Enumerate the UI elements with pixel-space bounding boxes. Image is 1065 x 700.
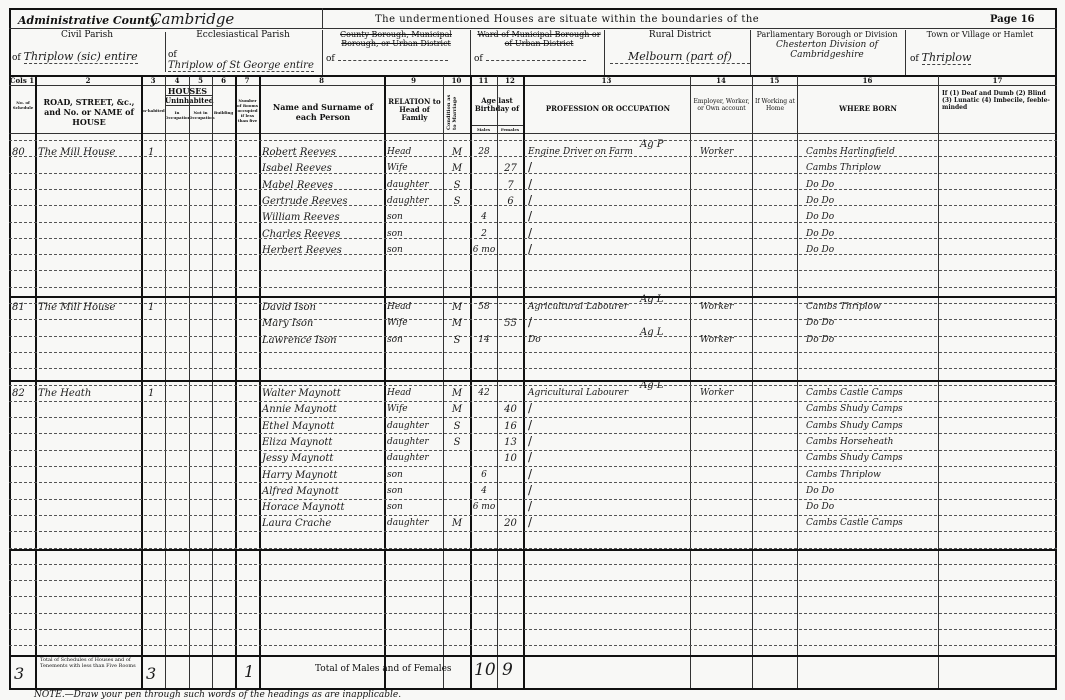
person-employment — [700, 227, 750, 242]
house-name: The Mill House — [38, 300, 138, 315]
person-occupation — [528, 451, 648, 466]
tick-mark: / — [528, 160, 532, 174]
person-condition: M — [446, 300, 468, 315]
person-employment — [700, 435, 750, 450]
person-male-age: 58 — [472, 300, 496, 315]
tick-mark: / — [528, 242, 532, 256]
person-employment — [700, 178, 750, 193]
tick-mark: / — [528, 177, 532, 191]
household-separator — [9, 380, 1057, 382]
person-male-age — [472, 194, 496, 209]
divider — [9, 133, 1057, 134]
row-line — [9, 564, 1057, 565]
person-condition: M — [446, 516, 468, 531]
person-birthplace: Do Do — [806, 227, 936, 242]
person-relation: daughter — [387, 194, 442, 209]
person-occupation — [528, 500, 648, 515]
rural-district-label: Rural District — [610, 30, 750, 40]
person-occupation: Agricultural Labourer — [528, 386, 648, 401]
inhabited-count: 1 — [148, 386, 162, 401]
person-relation: Wife — [387, 161, 442, 176]
person-male-age — [472, 402, 496, 417]
column-number-11: 11 — [470, 76, 497, 85]
person-relation: son — [387, 210, 442, 225]
col17-header: If (1) Deaf and Dumb (2) Blind (3) Lunat… — [942, 90, 1054, 111]
admin-county-value: Cambridge — [150, 10, 320, 29]
person-relation: daughter — [387, 435, 442, 450]
total-males: 10 — [474, 660, 496, 680]
total-schedules: 3 — [14, 664, 24, 683]
person-female-age: 16 — [499, 419, 522, 434]
person-female-age: 13 — [499, 435, 522, 450]
col13-header: PROFESSION OR OCCUPATION — [526, 104, 690, 114]
person-birthplace: Do Do — [806, 316, 936, 331]
person-birthplace: Do Do — [806, 333, 936, 348]
schedule-number: 80 — [12, 145, 34, 160]
person-employment — [700, 161, 750, 176]
person-relation: Wife — [387, 402, 442, 417]
footer-note: NOTE.—Draw your pen through such words o… — [34, 690, 401, 700]
col6-header: Building — [212, 110, 235, 115]
col15-header: If Working at Home — [753, 98, 797, 112]
person-male-age: 2 — [472, 227, 496, 242]
banner-text: The undermentioned Houses are situate wi… — [375, 14, 759, 25]
person-name: Isabel Reeves — [262, 161, 382, 176]
person-name: Eliza Maynott — [262, 435, 382, 450]
ecclesiastical-parish-label: Ecclesiastical Parish — [168, 30, 318, 40]
person-condition: S — [446, 419, 468, 434]
row-line — [9, 629, 1057, 630]
county-borough-field: County Borough, Municipal Borough, or Ur… — [326, 30, 466, 64]
prefix: of — [910, 54, 919, 64]
person-occupation — [528, 402, 648, 417]
total-females: 9 — [502, 660, 513, 680]
person-condition: M — [446, 386, 468, 401]
person-occupation — [528, 210, 648, 225]
ward-field: Ward of Municipal Borough or of Urban Di… — [474, 30, 604, 64]
person-relation: daughter — [387, 419, 442, 434]
divider — [750, 30, 751, 75]
person-condition: M — [446, 145, 468, 160]
col11-header: Males — [470, 126, 497, 133]
person-occupation — [528, 468, 648, 483]
row-line — [9, 596, 1057, 597]
person-condition: M — [446, 161, 468, 176]
person-female-age — [499, 500, 522, 515]
tick-mark: / — [528, 315, 532, 329]
person-occupation — [528, 484, 648, 499]
occupation-code: Ag L — [640, 325, 688, 340]
civil-parish-field: Civil Parish of Thriplow (sic) entire — [12, 30, 162, 63]
person-female-age: 40 — [499, 402, 522, 417]
person-employment — [700, 419, 750, 434]
person-female-age — [499, 145, 522, 160]
person-relation: son — [387, 500, 442, 515]
person-male-age — [472, 451, 496, 466]
person-birthplace: Cambs Castle Camps — [806, 386, 936, 401]
inhabited-count: 1 — [148, 145, 162, 160]
person-birthplace: Cambs Thriplow — [806, 300, 936, 315]
person-female-age: 55 — [499, 316, 522, 331]
tick-mark: / — [528, 467, 532, 481]
person-name: Harry Maynott — [262, 468, 382, 483]
tick-mark: / — [528, 483, 532, 497]
parliamentary-borough-field: Parliamentary Borough or Division Cheste… — [752, 30, 902, 60]
person-female-age: 10 — [499, 451, 522, 466]
person-condition: S — [446, 194, 468, 209]
total-rooms: 1 — [244, 662, 254, 681]
person-occupation — [528, 161, 648, 176]
tick-mark: / — [528, 401, 532, 415]
person-male-age: 4 — [472, 210, 496, 225]
person-name: Mary Ison — [262, 316, 382, 331]
person-male-age — [472, 178, 496, 193]
divider — [165, 32, 166, 72]
town-village-field: Town or Village or Hamlet of Thriplow — [910, 30, 1050, 64]
person-condition — [446, 451, 468, 466]
col14-header: Employer, Worker, or Own account — [691, 98, 752, 112]
person-birthplace: Do Do — [806, 210, 936, 225]
row-line — [9, 140, 1057, 141]
town-village-value: Thriplow — [922, 51, 972, 65]
person-birthplace: Cambs Harlingfield — [806, 145, 936, 160]
schedule-number: 82 — [12, 386, 34, 401]
person-name: Laura Crache — [262, 516, 382, 531]
person-employment: Worker — [700, 386, 750, 401]
row-line — [9, 645, 1057, 646]
tick-mark: / — [528, 434, 532, 448]
total-inhabited: 3 — [146, 664, 156, 683]
row-line — [9, 368, 1057, 369]
person-birthplace: Cambs Thriplow — [806, 468, 936, 483]
person-occupation — [528, 194, 648, 209]
divider — [905, 30, 906, 75]
person-birthplace: Cambs Thriplow — [806, 161, 936, 176]
house-name: The Mill House — [38, 145, 138, 160]
person-name: Robert Reeves — [262, 145, 382, 160]
person-employment — [700, 194, 750, 209]
divider — [470, 30, 471, 75]
column-number-16: 16 — [797, 76, 938, 85]
person-male-age — [472, 316, 496, 331]
person-female-age: 20 — [499, 516, 522, 531]
col9-header: RELATION to Head of Family — [386, 98, 443, 122]
total-males-females-label: Total of Males and of Females — [315, 664, 452, 674]
house-name: The Heath — [38, 386, 138, 401]
person-male-age: 14 — [472, 333, 496, 348]
column-number-1: Cols 1 — [9, 76, 35, 85]
tick-mark: / — [528, 499, 532, 513]
col10-header: Condition as to Marriage — [446, 94, 468, 130]
divider — [9, 28, 1057, 29]
person-employment: Worker — [700, 333, 750, 348]
tick-mark: / — [528, 450, 532, 464]
person-name: Mabel Reeves — [262, 178, 382, 193]
person-relation: Head — [387, 145, 442, 160]
person-employment: Worker — [700, 145, 750, 160]
person-employment — [700, 210, 750, 225]
person-name: David Ison — [262, 300, 382, 315]
person-female-age — [499, 300, 522, 315]
person-birthplace: Cambs Shudy Camps — [806, 419, 936, 434]
column-number-2: 2 — [35, 76, 141, 85]
person-occupation — [528, 419, 648, 434]
person-relation: Wife — [387, 316, 442, 331]
person-relation: Head — [387, 386, 442, 401]
person-relation: son — [387, 333, 442, 348]
column-number-15: 15 — [752, 76, 797, 85]
tick-mark: / — [528, 209, 532, 223]
prefix: of — [12, 53, 21, 63]
person-occupation — [528, 316, 648, 331]
household-separator — [9, 549, 1057, 551]
civil-parish-value: Thriplow (sic) entire — [24, 50, 138, 64]
person-male-age — [472, 419, 496, 434]
ecclesiastical-parish-field: Ecclesiastical Parish of Thriplow of St … — [168, 30, 318, 71]
row-line — [9, 613, 1057, 614]
row-line — [9, 287, 1057, 288]
column-number-12: 12 — [497, 76, 523, 85]
column-number-14: 14 — [690, 76, 752, 85]
ecclesiastical-parish-value: Thriplow of St George entire — [168, 60, 314, 72]
col1-header: No. of Schedule — [11, 100, 35, 110]
person-employment — [700, 500, 750, 515]
person-name: Jessy Maynott — [262, 451, 382, 466]
person-female-age — [499, 210, 522, 225]
person-name: William Reeves — [262, 210, 382, 225]
person-birthplace: Do Do — [806, 484, 936, 499]
person-condition — [446, 500, 468, 515]
person-relation: Head — [387, 300, 442, 315]
person-female-age: 6 — [499, 194, 522, 209]
person-occupation — [528, 516, 648, 531]
person-occupation: Engine Driver on Farm — [528, 145, 648, 160]
person-occupation — [528, 435, 648, 450]
person-condition — [446, 210, 468, 225]
person-female-age — [499, 243, 522, 258]
person-birthplace: Cambs Castle Camps — [806, 516, 936, 531]
person-name: Walter Maynott — [262, 386, 382, 401]
schedule-number: 81 — [12, 300, 34, 315]
column-number-5: 5 — [189, 76, 212, 85]
column-number-6: 6 — [212, 76, 235, 85]
person-condition — [446, 468, 468, 483]
col8-header: Name and Surname of each Person — [262, 102, 384, 122]
occupation-code: Ag P — [640, 137, 688, 152]
person-employment — [700, 468, 750, 483]
person-employment — [700, 402, 750, 417]
person-employment — [700, 484, 750, 499]
person-female-age: 7 — [499, 178, 522, 193]
column-number-7: 7 — [235, 76, 259, 85]
civil-parish-label: Civil Parish — [12, 30, 162, 40]
person-relation: son — [387, 243, 442, 258]
census-page: Administrative County Cambridge The unde… — [0, 0, 1065, 700]
person-condition: S — [446, 435, 468, 450]
person-male-age: 28 — [472, 145, 496, 160]
person-female-age — [499, 386, 522, 401]
col4-header: In Occupation — [165, 110, 189, 120]
person-occupation: Do — [528, 333, 648, 348]
tick-mark: / — [528, 193, 532, 207]
person-employment — [700, 516, 750, 531]
person-birthplace: Do Do — [806, 178, 936, 193]
person-condition: S — [446, 178, 468, 193]
tick-mark: / — [528, 515, 532, 529]
person-relation: daughter — [387, 178, 442, 193]
divider — [322, 8, 323, 28]
occupation-code: Ag L — [640, 378, 688, 393]
person-condition — [446, 484, 468, 499]
prefix: of — [168, 50, 177, 60]
row-line — [9, 531, 1057, 532]
divider — [322, 30, 323, 75]
person-name: Horace Maynott — [262, 500, 382, 515]
row-line — [9, 352, 1057, 353]
person-birthplace: Cambs Shudy Camps — [806, 451, 936, 466]
col16-header: WHERE BORN — [798, 104, 938, 114]
parliamentary-borough-label: Parliamentary Borough or Division — [752, 30, 902, 39]
person-male-age — [472, 161, 496, 176]
prefix: of — [474, 54, 483, 64]
person-name: Charles Reeves — [262, 227, 382, 242]
row-line — [9, 417, 1057, 418]
col2-header: ROAD, STREET, &c., and No. or NAME of HO… — [38, 97, 140, 127]
person-female-age — [499, 333, 522, 348]
column-number-4: 4 — [165, 76, 189, 85]
person-birthplace: Do Do — [806, 194, 936, 209]
col12-header: Females — [497, 126, 523, 133]
person-condition: M — [446, 402, 468, 417]
rural-district-value: Melbourn (part of) — [610, 50, 750, 64]
person-condition: S — [446, 333, 468, 348]
county-borough-label: County Borough, Municipal Borough, or Ur… — [326, 30, 466, 48]
person-condition — [446, 243, 468, 258]
person-female-age — [499, 468, 522, 483]
person-employment — [700, 316, 750, 331]
person-condition — [446, 227, 468, 242]
person-employment — [700, 451, 750, 466]
person-occupation — [528, 227, 648, 242]
divider — [604, 30, 605, 75]
col5-header: Not in Occupation — [189, 110, 212, 120]
town-village-label: Town or Village or Hamlet — [910, 30, 1050, 39]
column-number-13: 13 — [523, 76, 690, 85]
person-male-age — [472, 435, 496, 450]
person-employment: Worker — [700, 300, 750, 315]
person-name: Alfred Maynott — [262, 484, 382, 499]
col7-header: Number of Rooms occupied if less than fi… — [236, 98, 259, 123]
tick-mark: / — [528, 418, 532, 432]
person-birthplace: Cambs Horseheath — [806, 435, 936, 450]
person-relation: daughter — [387, 516, 442, 531]
occupation-code: Ag L — [640, 292, 688, 307]
inhabited-count: 1 — [148, 300, 162, 315]
row-line — [9, 270, 1057, 271]
column-number-9: 9 — [384, 76, 443, 85]
person-female-age: 27 — [499, 161, 522, 176]
admin-county-label: Administrative County — [18, 14, 156, 27]
person-name: Lawrence Ison — [262, 333, 382, 348]
col3-header: In-habited — [141, 108, 165, 113]
row-line — [9, 580, 1057, 581]
person-relation: son — [387, 227, 442, 242]
column-number-17: 17 — [938, 76, 1057, 85]
column-number-3: 3 — [141, 76, 165, 85]
person-name: Herbert Reeves — [262, 243, 382, 258]
person-name: Gertrude Reeves — [262, 194, 382, 209]
person-birthplace: Do Do — [806, 500, 936, 515]
person-condition: M — [446, 316, 468, 331]
parliamentary-borough-value: Chesterton Division of Cambridgeshire — [752, 40, 902, 60]
person-male-age: 42 — [472, 386, 496, 401]
prefix: of — [326, 54, 335, 64]
person-employment — [700, 243, 750, 258]
person-female-age — [499, 227, 522, 242]
person-male-age: 6 mo — [472, 243, 496, 258]
person-relation: son — [387, 484, 442, 499]
row-line — [9, 466, 1057, 467]
person-male-age: 6 mo — [472, 500, 496, 515]
page-number: Page 16 — [990, 14, 1034, 25]
person-relation: daughter — [387, 451, 442, 466]
person-occupation — [528, 243, 648, 258]
person-male-age: 6 — [472, 468, 496, 483]
tick-mark: / — [528, 226, 532, 240]
total-schedules-label: Total of Schedules of Houses and of Tene… — [40, 657, 138, 669]
column-number-10: 10 — [443, 76, 470, 85]
rural-district-field: Rural District Melbourn (part of) — [610, 30, 750, 64]
person-name: Annie Maynott — [262, 402, 382, 417]
person-male-age: 4 — [472, 484, 496, 499]
column-number-8: 8 — [259, 76, 384, 85]
divider — [9, 655, 1057, 657]
person-name: Ethel Maynott — [262, 419, 382, 434]
person-birthplace: Cambs Shudy Camps — [806, 402, 936, 417]
person-female-age — [499, 484, 522, 499]
person-male-age — [472, 516, 496, 531]
person-birthplace: Do Do — [806, 243, 936, 258]
household-separator — [9, 296, 1057, 298]
person-occupation — [528, 178, 648, 193]
person-relation: son — [387, 468, 442, 483]
ward-label: Ward of Municipal Borough or of Urban Di… — [474, 30, 604, 48]
person-occupation: Agricultural Labourer — [528, 300, 648, 315]
